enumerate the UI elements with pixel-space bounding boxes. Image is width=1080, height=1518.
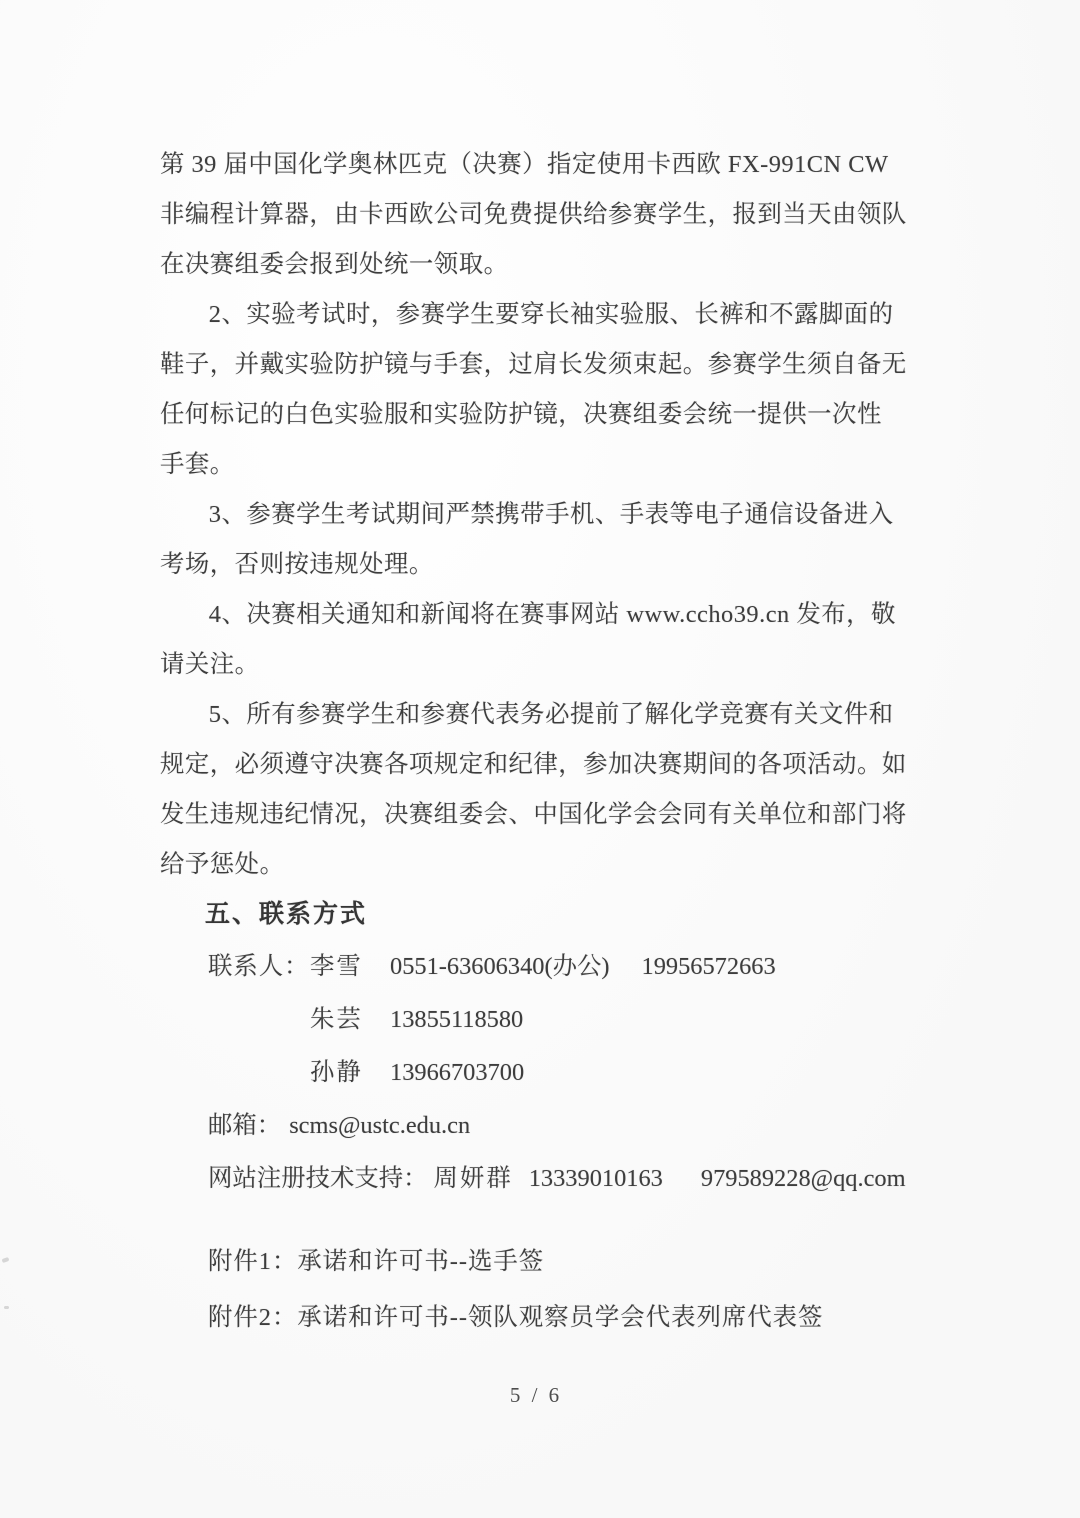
attachment-item-2: 附件2：承诺和许可书--领队观察员学会代表列席代表签 [208,1290,912,1346]
paragraph-calculator-notice: 第 39 届中国化学奥林匹克（决赛）指定使用卡西欧 FX-991CN CW 非编… [160,140,912,290]
attachments-list: 附件1：承诺和许可书--选手签 附件2：承诺和许可书--领队观察员学会代表列席代… [160,1234,912,1346]
contact-phone-mobile: 19956572663 [642,940,776,993]
attachment-title: 承诺和许可书--选手签 [297,1248,544,1275]
page-number: 5 / 6 [510,1383,562,1407]
email-label: 邮箱： [208,1112,281,1139]
scan-artifact [4,1306,9,1309]
attachment-item-1: 附件1：承诺和许可书--选手签 [208,1234,912,1290]
email-line: 邮箱：scms@ustc.edu.cn [208,1099,912,1152]
tech-support-label: 网站注册技术支持： [208,1165,428,1192]
tech-support-line: 网站注册技术支持：周妍群13339010163979589228@qq.com [208,1152,912,1205]
contact-row-3: 孙静 13966703700 [208,1046,912,1099]
section-heading-contact: 五、联系方式 [205,890,912,940]
paragraph-item-2-lab-attire: 2、实验考试时，参赛学生要穿长袖实验服、长裤和不露脚面的 鞋子，并戴实验防护镜与… [160,290,912,490]
attachment-title: 承诺和许可书--领队观察员学会代表列席代表签 [297,1304,823,1331]
contact-name: 朱芸 [310,993,390,1046]
contact-row-1: 联系人： 李雪 0551-63606340(办公) 19956572663 [208,940,912,993]
contact-row-2: 朱芸 13855118580 [208,993,912,1046]
contact-name: 李雪 [310,940,390,993]
document-page: 第 39 届中国化学奥林匹克（决赛）指定使用卡西欧 FX-991CN CW 非编… [0,0,1080,1518]
tech-support-email: 979589228@qq.com [701,1165,906,1192]
tech-support-phone: 13339010163 [529,1165,663,1192]
paragraph-item-3-devices-ban: 3、参赛学生考试期间严禁携带手机、手表等电子通信设备进入 考场，否则按违规处理。 [160,490,912,590]
attachment-label: 附件2： [208,1304,297,1331]
contact-name: 孙静 [310,1046,390,1099]
tech-support-name: 周妍群 [434,1165,513,1192]
attachment-label: 附件1： [208,1248,297,1275]
scan-artifact [2,1257,10,1263]
contact-phone-mobile: 13855118580 [390,993,523,1046]
page-number-footer: 5 / 6 [160,1380,912,1410]
contact-phone-mobile: 13966703700 [390,1046,524,1099]
contact-person-label: 联系人： [208,940,310,993]
paragraph-item-5-rules: 5、所有参赛学生和参赛代表务必提前了解化学竞赛有关文件和 规定，必须遵守决赛各项… [160,690,912,890]
paragraph-item-4-website-notice: 4、决赛相关通知和新闻将在赛事网站 www.ccho39.cn 发布，敬 请关注… [160,590,912,690]
contact-phone-office: 0551-63606340(办公) [390,940,610,993]
email-address: scms@ustc.edu.cn [289,1112,470,1139]
document-body: 第 39 届中国化学奥林匹克（决赛）指定使用卡西欧 FX-991CN CW 非编… [160,140,912,1410]
